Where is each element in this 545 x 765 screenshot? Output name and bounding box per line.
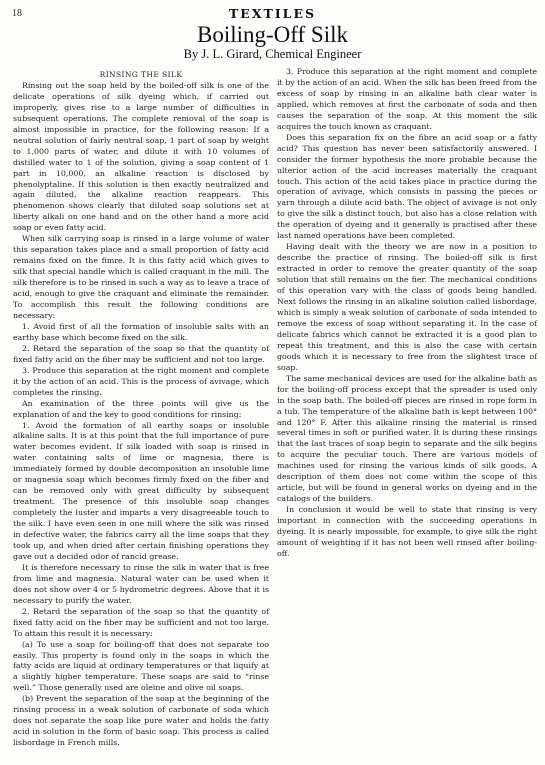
right-column: 3. Produce this separation at the right …	[277, 67, 537, 560]
paragraph: In conclusion it would be well to state …	[277, 505, 537, 560]
paragraph: 3. Produce this separation at the right …	[13, 366, 269, 399]
paragraph: 1. Avoid the formation of all earthy soa…	[13, 421, 269, 563]
paragraph: When silk carrying soap is rinsed in a l…	[13, 234, 269, 322]
paragraph: Does this separation fix on the fibre an…	[277, 133, 537, 243]
paragraph: Rinsing out the soap held by the boiled-…	[13, 81, 269, 234]
paragraph: 3. Produce this separation at the right …	[277, 67, 537, 133]
section-subheading: RINSING THE SILK	[13, 70, 269, 81]
paragraph: Having dealt with the theory we are now …	[277, 242, 537, 373]
running-head: TEXTILES	[0, 6, 545, 21]
paragraph: 2. Retard the separation of the soap so …	[13, 344, 269, 366]
paragraph: (b) Prevent the separation of the soap a…	[13, 694, 269, 749]
paragraph: 2. Retard the separation of the soap so …	[13, 607, 269, 640]
left-column: RINSING THE SILK Rinsing out the soap he…	[13, 70, 269, 749]
paragraph: An examination of the three points will …	[13, 399, 269, 421]
paragraph: The same mechanical devices are used for…	[277, 374, 537, 505]
paragraph: It is therefore necessary to rinse the s…	[13, 563, 269, 607]
paragraph: 1. Avoid first of all the formation of i…	[13, 322, 269, 344]
article-title: Boiling-Off Silk	[0, 22, 545, 48]
document-page: 18 TEXTILES Boiling-Off Silk By J. L. Gi…	[0, 0, 545, 765]
paragraph: (a) To use a soap for boiling-off that d…	[13, 640, 269, 695]
byline: By J. L. Girard, Chemical Engineer	[0, 47, 545, 62]
